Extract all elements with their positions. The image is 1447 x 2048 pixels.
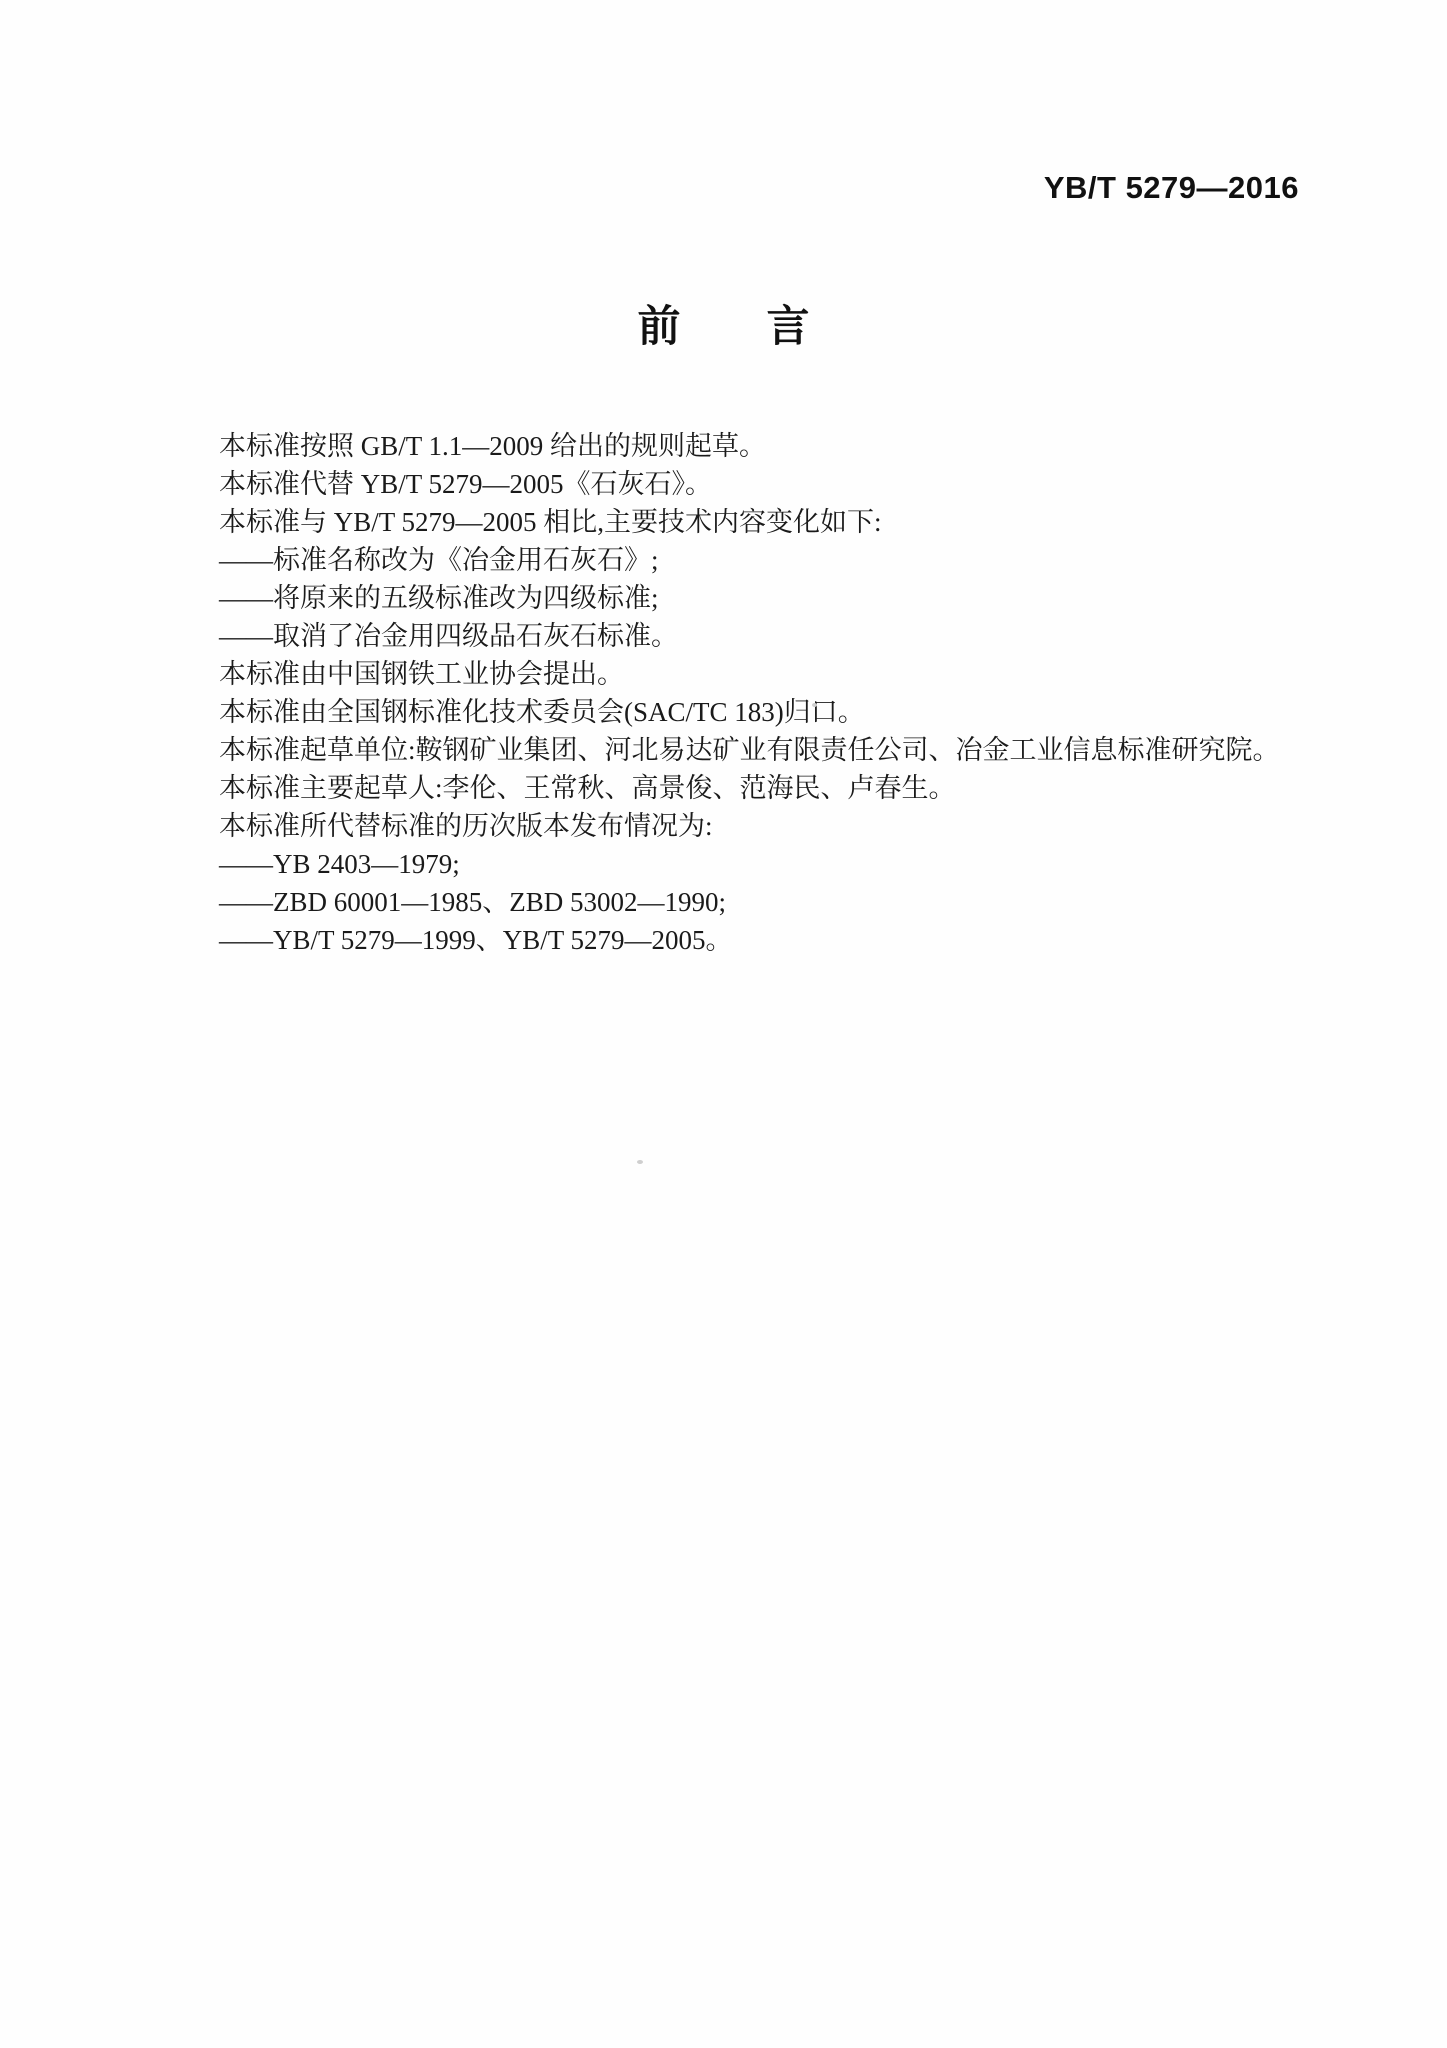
standard-number: YB/T 5279—2016: [1044, 170, 1299, 206]
paragraph-dash-item: ——YB/T 5279—1999、YB/T 5279—2005。: [165, 921, 1305, 959]
paragraph: 本标准由全国钢标准化技术委员会(SAC/TC 183)归口。: [165, 693, 1305, 731]
scan-speck: [812, 703, 817, 707]
paragraph: 本标准与 YB/T 5279—2005 相比,主要技术内容变化如下:: [165, 503, 1305, 541]
paragraph: 本标准由中国钢铁工业协会提出。: [165, 655, 1305, 693]
paragraph-dash-item: ——将原来的五级标准改为四级标准;: [165, 579, 1305, 617]
paragraph: 本标准主要起草人:李伦、王常秋、高景俊、范海民、卢春生。: [165, 769, 1305, 807]
paragraph-dash-item: ——标准名称改为《冶金用石灰石》;: [165, 541, 1305, 579]
paragraph: 本标准按照 GB/T 1.1—2009 给出的规则起草。: [165, 427, 1305, 465]
document-page: YB/T 5279—2016 前 言 本标准按照 GB/T 1.1—2009 给…: [0, 0, 1447, 2048]
paragraph: 本标准起草单位:鞍钢矿业集团、河北易达矿业有限责任公司、冶金工业信息标准研究院。: [165, 731, 1305, 769]
paragraph-dash-item: ——YB 2403—1979;: [165, 845, 1305, 883]
paragraph-dash-item: ——ZBD 60001—1985、ZBD 53002—1990;: [165, 883, 1305, 921]
paragraph-dash-item: ——取消了冶金用四级品石灰石标准。: [165, 617, 1305, 655]
foreword-title: 前 言: [0, 293, 1447, 354]
paragraph: 本标准代替 YB/T 5279—2005《石灰石》。: [165, 465, 1305, 503]
foreword-body: 本标准按照 GB/T 1.1—2009 给出的规则起草。 本标准代替 YB/T …: [165, 427, 1305, 959]
paragraph: 本标准所代替标准的历次版本发布情况为:: [165, 807, 1305, 845]
scan-speck: [637, 1160, 643, 1164]
